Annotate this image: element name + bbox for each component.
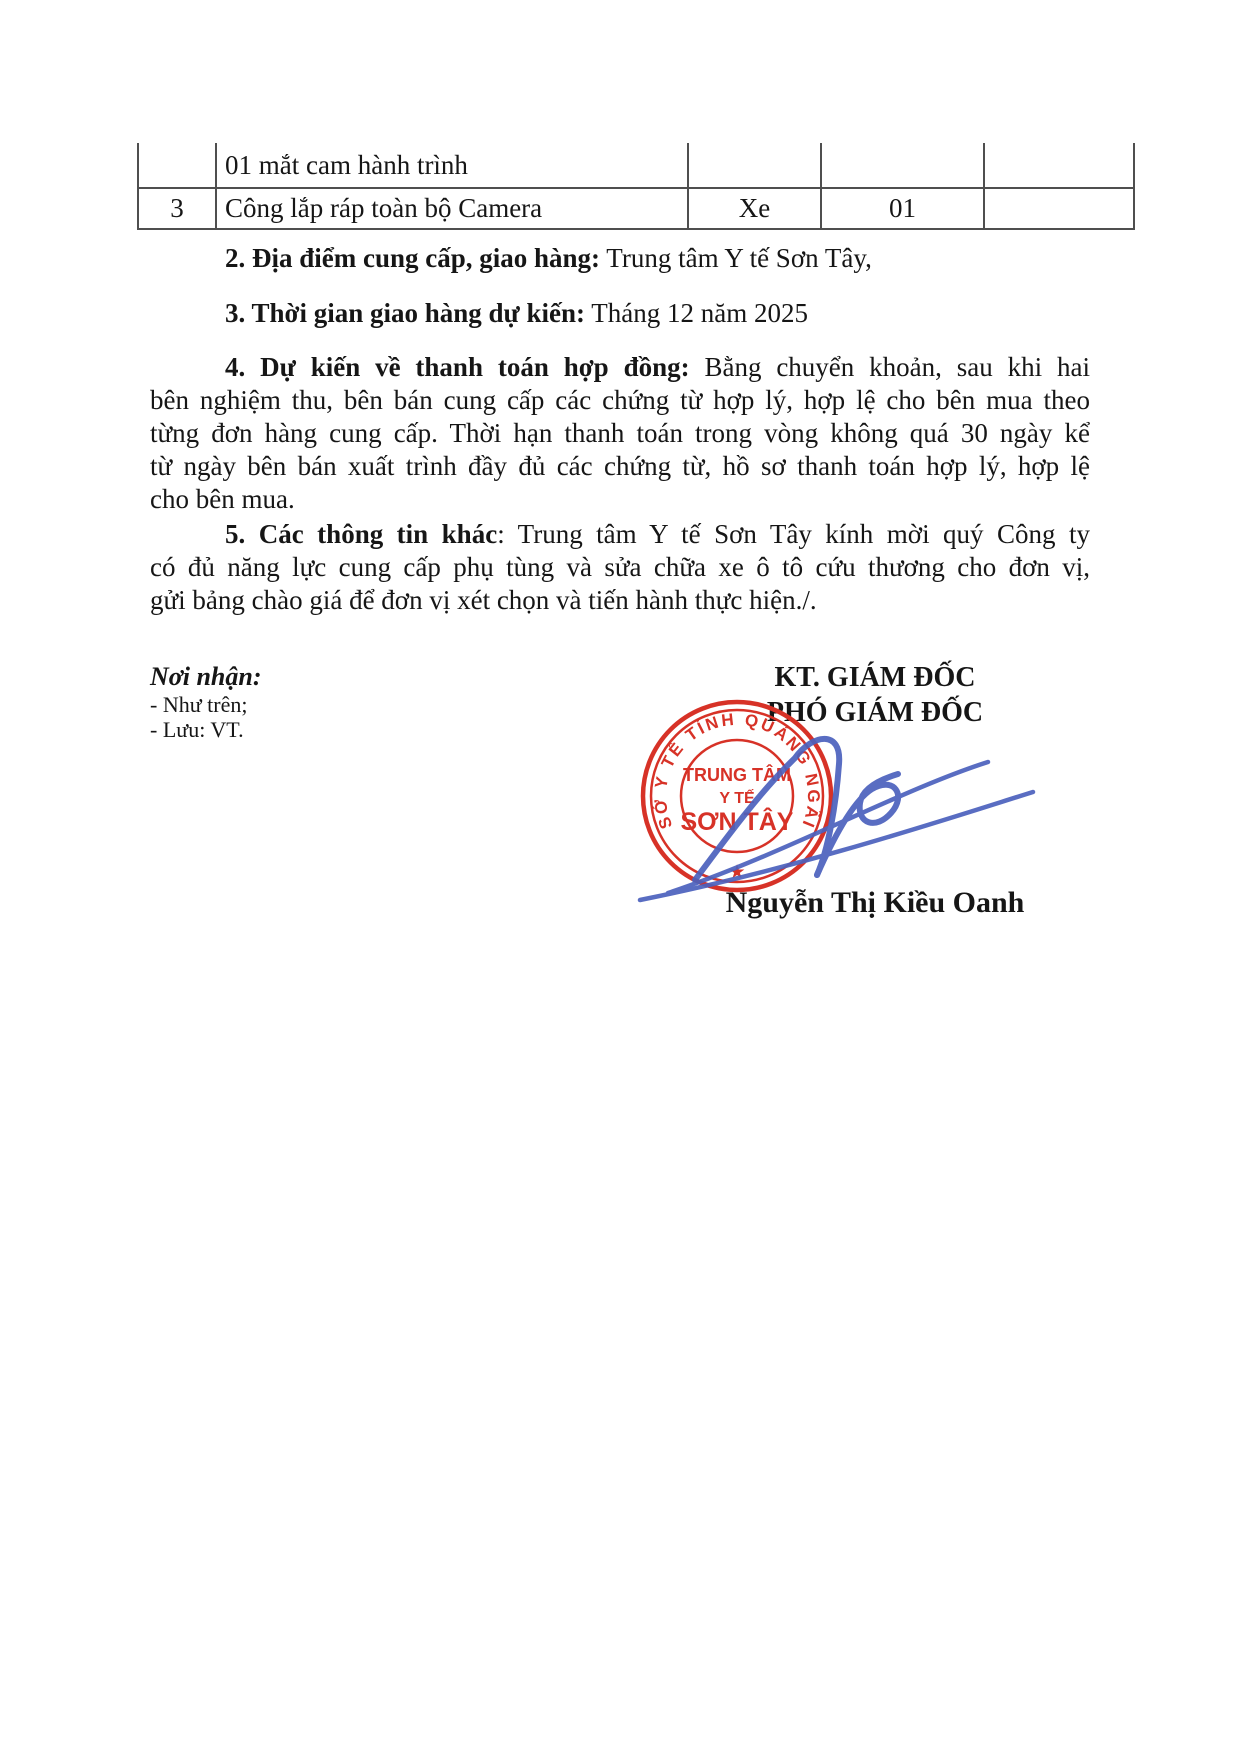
- paragraph-lead-bold: 5. Các thông tin khác: [225, 519, 497, 549]
- paragraph-line: 4. Dự kiến về thanh toán hợp đồng: Bằng …: [150, 351, 1090, 384]
- paragraph-text: Trung tâm Y tế Sơn Tây,: [600, 243, 872, 273]
- paragraph-lead-bold: 2. Địa điểm cung cấp, giao hàng:: [225, 243, 600, 273]
- paragraph-text: Tháng 12 năm 2025: [585, 298, 808, 328]
- signer-name: Nguyễn Thị Kiều Oanh: [640, 886, 1110, 920]
- table-cell-description: 01 mắt cam hành trình: [217, 143, 689, 189]
- table-cell-quantity: 01: [822, 189, 985, 230]
- recipients-block: Nơi nhận: - Như trên; - Lưu: VT.: [150, 662, 262, 742]
- recipient-line: - Lưu: VT.: [150, 717, 262, 742]
- paragraph-payment-terms: 4. Dự kiến về thanh toán hợp đồng: Bằng …: [150, 351, 1090, 516]
- table-cell-no: [139, 143, 217, 189]
- paragraph-line: từ ngày bên bán xuất trình đầy đủ các ch…: [150, 450, 1090, 483]
- table-cell-quantity: [822, 143, 985, 189]
- items-table-continuation: 01 mắt cam hành trình 3 Công lắp ráp toà…: [137, 143, 1135, 230]
- paragraph-line: bên nghiệm thu, bên bán cung cấp các chứ…: [150, 384, 1090, 417]
- table-cell-note: [985, 189, 1135, 230]
- paragraph-line: 2. Địa điểm cung cấp, giao hàng: Trung t…: [150, 242, 1090, 275]
- paragraph-line: cho bên mua.: [150, 483, 1090, 516]
- paragraph-text: Bằng chuyển khoản, sau khi hai: [690, 352, 1090, 382]
- table-cell-description: Công lắp ráp toàn bộ Camera: [217, 189, 689, 230]
- table-cell-unit: Xe: [689, 189, 822, 230]
- paragraph-text: : Trung tâm Y tế Sơn Tây kính mời quý Cô…: [497, 519, 1090, 549]
- paragraph-line: gửi bảng chào giá để đơn vị xét chọn và …: [150, 584, 1090, 617]
- paragraph-line: có đủ năng lực cung cấp phụ tùng và sửa …: [150, 551, 1090, 584]
- document-page: 01 mắt cam hành trình 3 Công lắp ráp toà…: [0, 0, 1241, 1755]
- table-cell-no: 3: [139, 189, 217, 230]
- paragraph-lead-bold: 3. Thời gian giao hàng dự kiến:: [225, 298, 585, 328]
- paragraph-other-info: 5. Các thông tin khác: Trung tâm Y tế Sơ…: [150, 518, 1090, 617]
- recipients-title: Nơi nhận:: [150, 662, 262, 692]
- paragraph-line: 5. Các thông tin khác: Trung tâm Y tế Sơ…: [150, 518, 1090, 551]
- signature-stroke: [668, 762, 988, 893]
- paragraph-line: 3. Thời gian giao hàng dự kiến: Tháng 12…: [150, 297, 1090, 330]
- table-cell-note: [985, 143, 1135, 189]
- paragraph-lead-bold: 4. Dự kiến về thanh toán hợp đồng:: [225, 352, 690, 382]
- paragraph-line: từng đơn hàng cung cấp. Thời hạn thanh t…: [150, 417, 1090, 450]
- paragraph-delivery-time: 3. Thời gian giao hàng dự kiến: Tháng 12…: [150, 297, 1090, 330]
- recipient-line: - Như trên;: [150, 692, 262, 717]
- paragraph-delivery-location: 2. Địa điểm cung cấp, giao hàng: Trung t…: [150, 242, 1090, 275]
- table-cell-unit: [689, 143, 822, 189]
